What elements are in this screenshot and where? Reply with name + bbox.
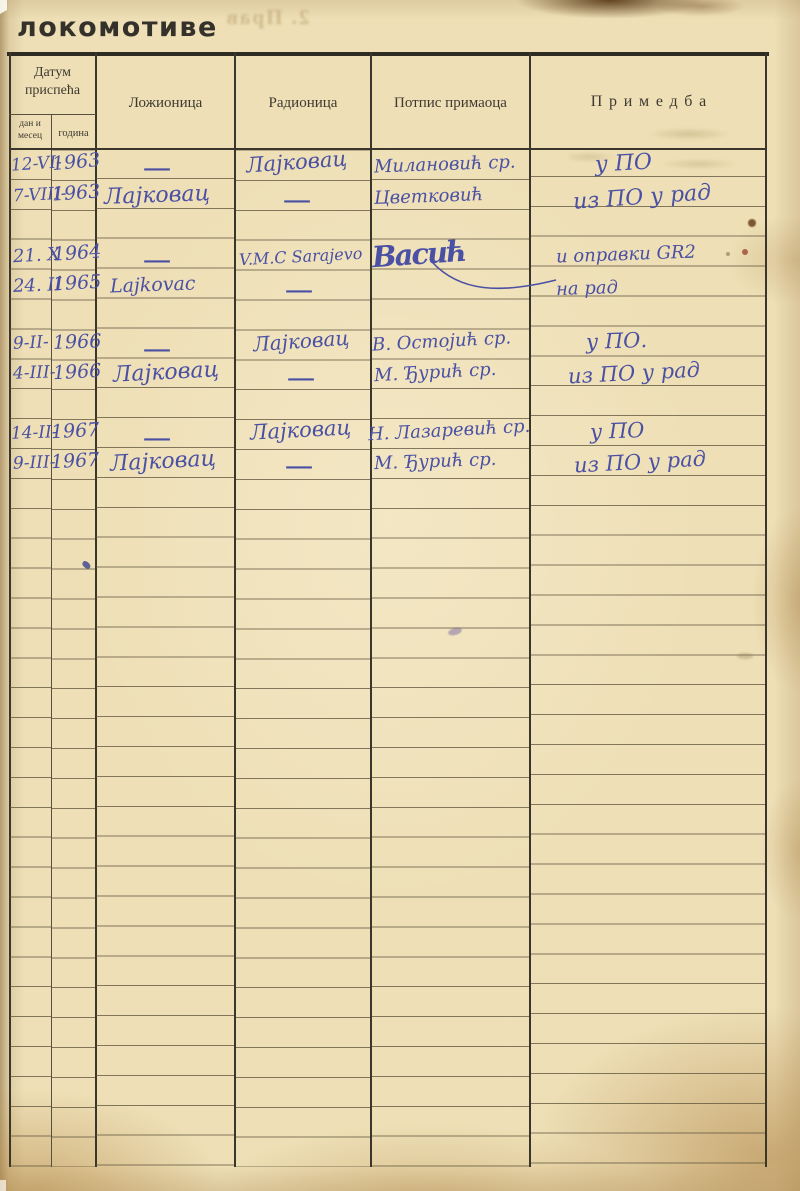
entry-radionica: —	[285, 458, 314, 476]
header-potpis: Потпис примаоца	[371, 94, 530, 113]
entry-potpis: М. Ђурић ср.	[374, 451, 497, 473]
page-title: локомотиве	[17, 12, 218, 43]
entry-primedba: и оправки GR2	[556, 244, 696, 267]
scanned-ledger-page: локомотиве 2. Прав Датум приспећа дан и …	[0, 0, 800, 1191]
header-date-group: Датум приспећа	[9, 64, 96, 99]
ledger-table: Датум приспећа дан и месец година Ложион…	[9, 52, 767, 1167]
entry-potpis-signature: Васић	[371, 237, 466, 272]
rows-col-potpis	[372, 150, 529, 1167]
header-radionica: Радионица	[235, 94, 371, 113]
header-year: година	[51, 127, 96, 140]
entry-lozionica: Лајковац	[112, 359, 219, 387]
entry-year: 1966	[53, 362, 102, 384]
entry-radionica: Лајковац	[250, 417, 352, 443]
rows-col-lozionica	[96, 150, 234, 1167]
entry-radionica: Лајковац	[252, 328, 349, 355]
stain-spot	[742, 249, 748, 255]
entry-year: 1964	[52, 242, 102, 264]
entry-year: 1963	[51, 182, 101, 204]
entry-year: 1966	[53, 332, 102, 353]
scan-corner-artifact	[0, 0, 7, 14]
entry-primedba: у ПО	[590, 420, 645, 443]
entry-lozionica: Лајковац	[109, 448, 216, 476]
entry-year: 1965	[53, 273, 102, 295]
entry-year: 1963	[51, 151, 101, 174]
entry-primedba: на рад	[556, 279, 619, 299]
rows-col-daymonth	[10, 150, 51, 1167]
entry-lozionica: —	[143, 160, 172, 178]
entry-lozionica: Лајковац	[104, 183, 211, 209]
date-subheader-rule	[9, 114, 96, 115]
rows-col-primedba	[531, 150, 765, 1167]
entry-lozionica: —	[143, 430, 172, 448]
header-primedba: Примедба	[530, 92, 767, 112]
stain-spot	[748, 219, 756, 227]
entry-lozionica: —	[143, 252, 172, 270]
bleedthrough-text: 2. Прав	[192, 5, 342, 30]
header-day-month: дан и месец	[9, 118, 51, 143]
entry-radionica: —	[285, 282, 314, 300]
entry-daymonth: 9-III-	[13, 454, 56, 472]
rows-col-radionica	[236, 150, 370, 1167]
entry-radionica: —	[283, 192, 312, 210]
entry-year: 1967	[51, 421, 100, 443]
header-lozionica: Ложионица	[96, 94, 235, 113]
entry-lozionica: —	[143, 341, 172, 359]
rows-col-year	[52, 150, 95, 1167]
entry-primedba: у ПО.	[586, 330, 648, 353]
entry-daymonth: 4-III-	[13, 364, 56, 382]
table-right-border	[765, 52, 767, 1167]
entry-potpis: Цветковић	[374, 186, 484, 208]
stain-spot	[737, 653, 753, 659]
scan-corner-artifact	[0, 1180, 6, 1191]
entry-primedba: у ПО	[594, 152, 652, 177]
entry-year: 1967	[51, 451, 100, 473]
entry-radionica: —	[287, 370, 316, 388]
table-top-border	[7, 52, 769, 56]
entry-daymonth: 9-II-	[13, 334, 50, 353]
entry-lozionica: Lajkovac	[110, 275, 196, 297]
stain-spot	[726, 252, 730, 256]
entry-potpis: Милановић ср.	[374, 154, 516, 177]
